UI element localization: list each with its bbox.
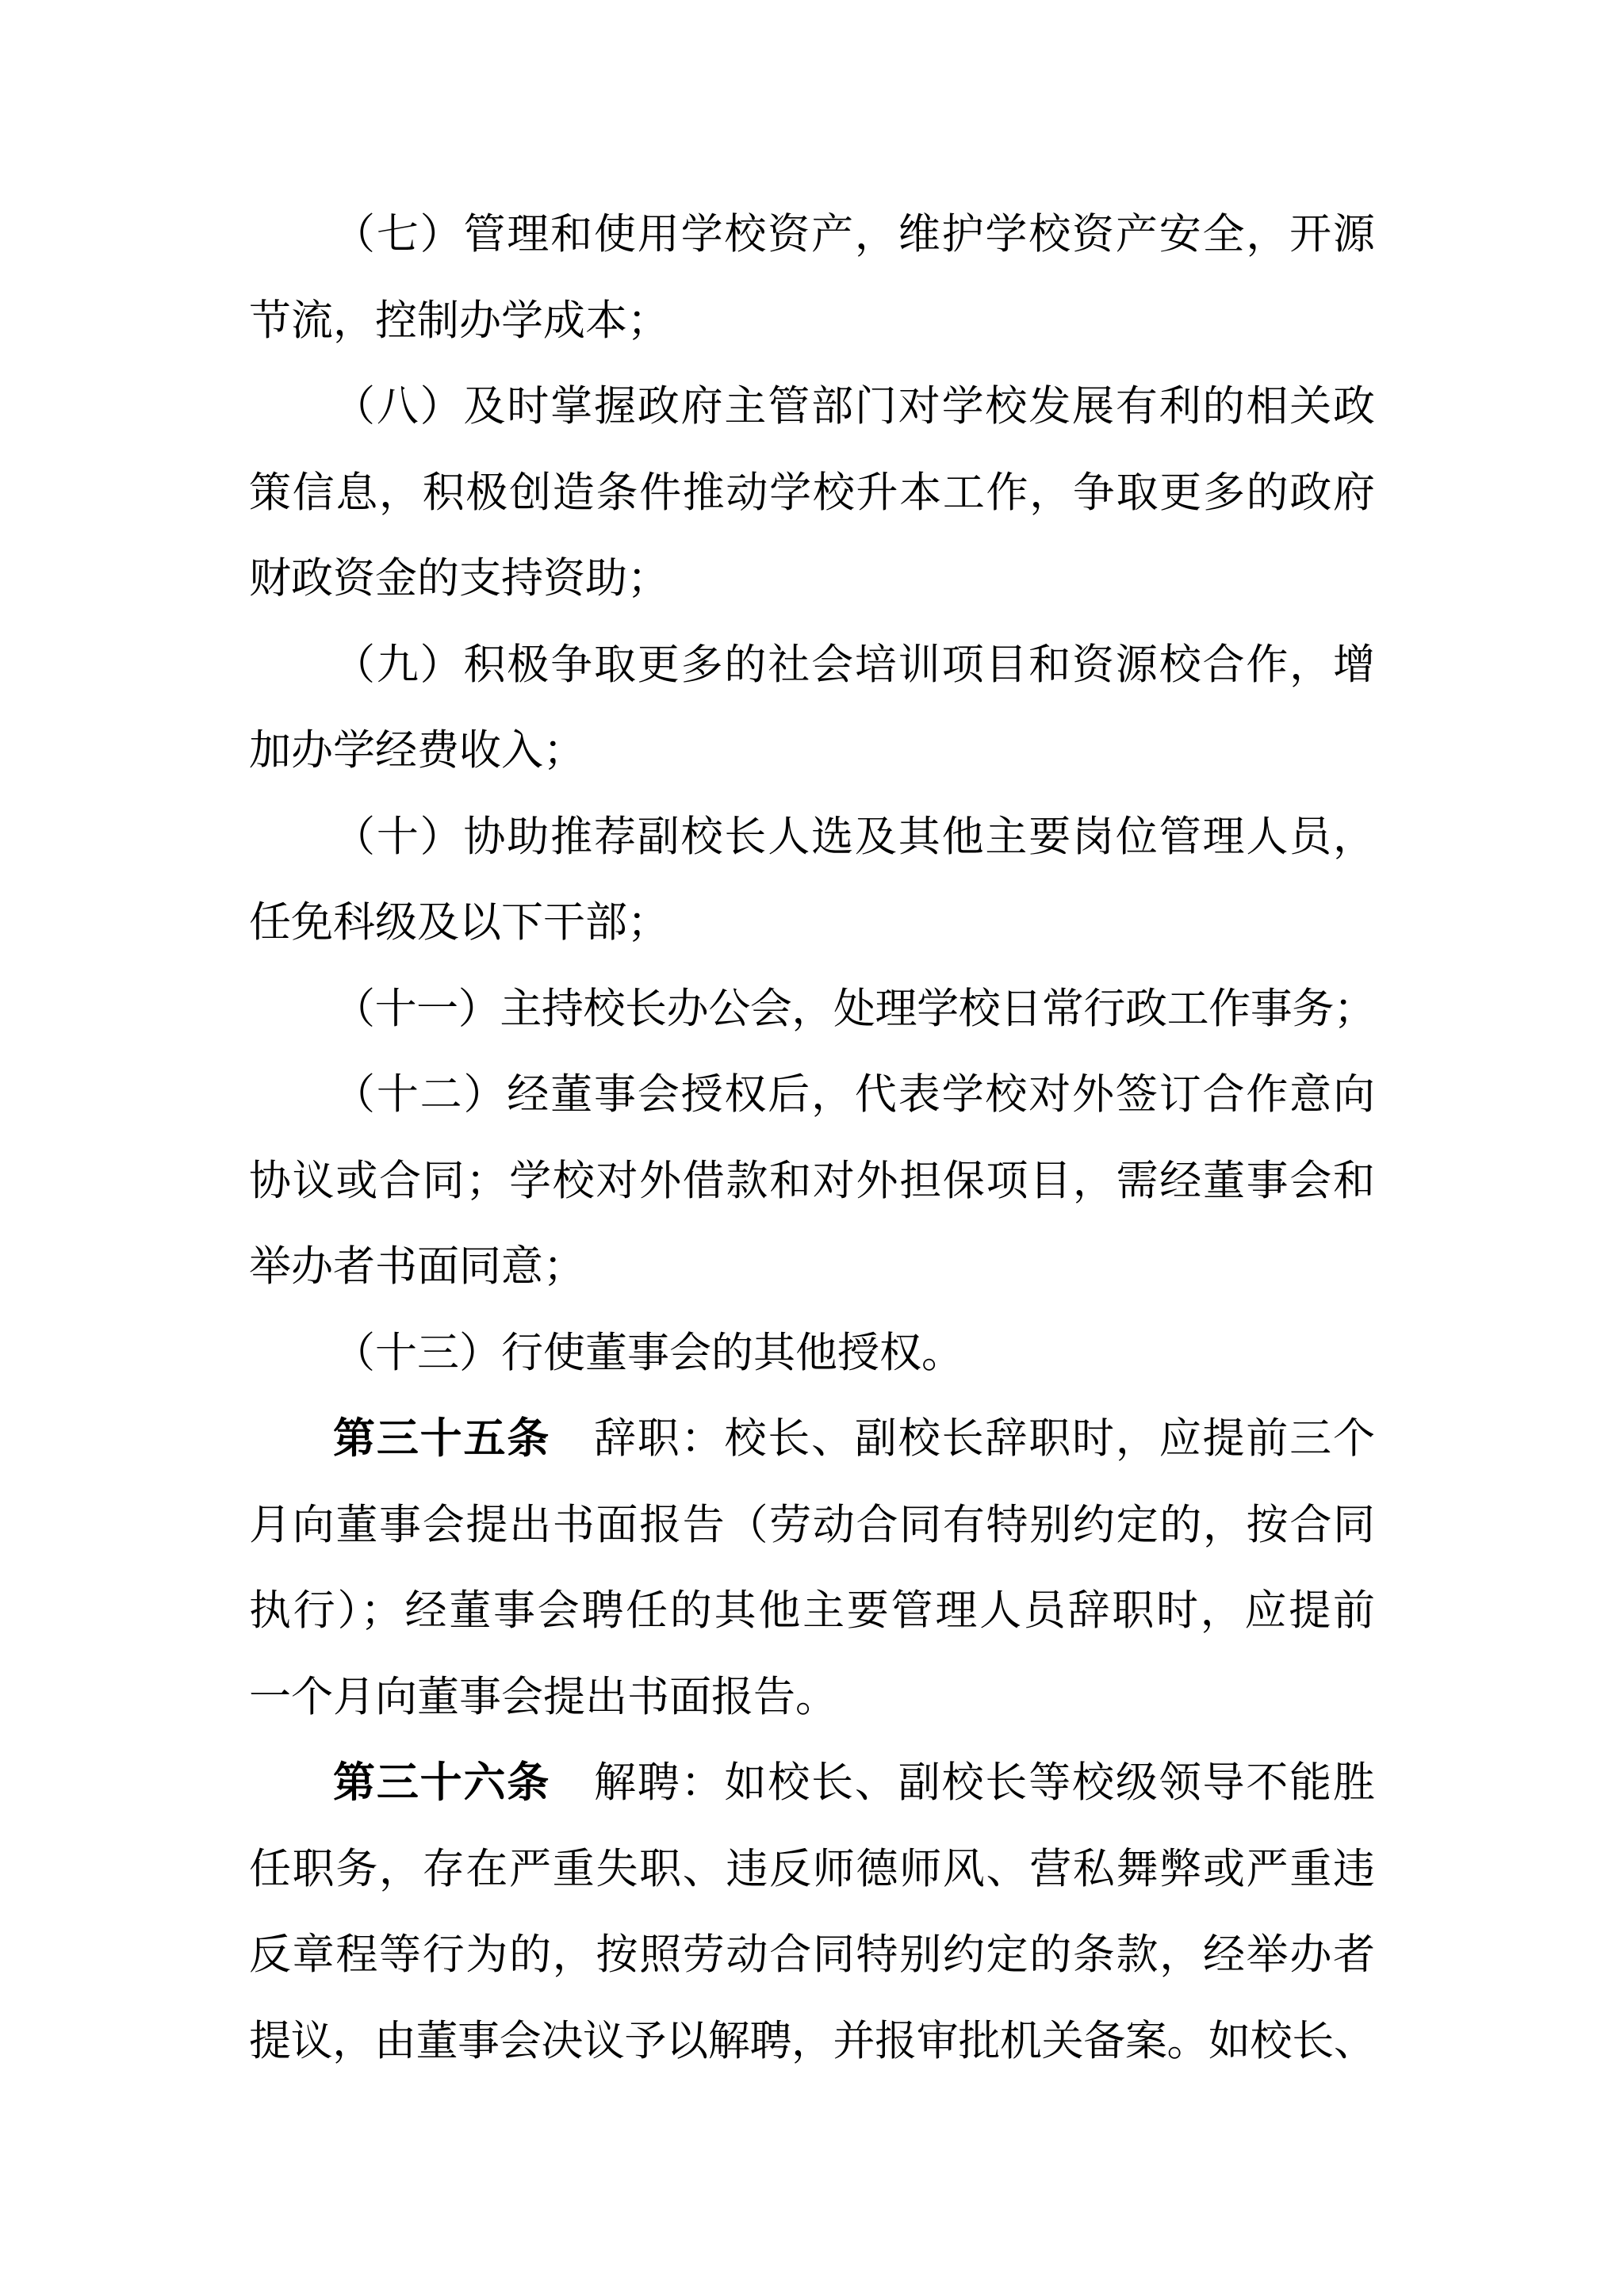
text-segment: 执行）；经董事会聘任的其他主要管理人员辞职时，应提前 [249,1588,1375,1634]
text-segment: （七）管理和使用学校资产，维护学校资产安全，开源 [333,212,1375,258]
text-line: 加办学经费收入； [249,708,1375,794]
paragraph: 第三十五条 辞职：校长、副校长辞职时，应提前三个月向董事会提出书面报告（劳动合同… [249,1396,1375,1740]
text-segment: 举办者书面同意； [249,1244,585,1290]
text-line: 任职务，存在严重失职、违反师德师风、营私舞弊或严重违 [249,1827,1375,1913]
text-segment: 加办学经费收入； [249,728,585,774]
text-segment: 协议或合同；学校对外借款和对外担保项目，需经董事会和 [249,1158,1375,1204]
text-segment: （十二）经董事会授权后，代表学校对外签订合作意向 [333,1072,1375,1118]
text-line: 协议或合同；学校对外借款和对外担保项目，需经董事会和 [249,1138,1375,1225]
text-line: 任免科级及以下干部； [249,880,1375,966]
text-line: 一个月向董事会提出书面报告。 [249,1655,1375,1741]
text-line: （九）积极争取更多的社会培训项目和资源校合作，增 [249,622,1375,709]
document-page: （七）管理和使用学校资产，维护学校资产安全，开源节流，控制办学成本；（八）及时掌… [0,0,1624,2296]
paragraph: （九）积极争取更多的社会培训项目和资源校合作，增加办学经费收入； [249,622,1375,794]
text-segment: （八）及时掌握政府主管部门对学校发展有利的相关政 [333,384,1375,430]
text-segment: 任免科级及以下干部； [249,900,669,946]
text-line: （十）协助推荐副校长人选及其他主要岗位管理人员， [249,794,1375,881]
text-line: （十二）经董事会授权后，代表学校对外签订合作意向 [249,1052,1375,1138]
text-segment: 月向董事会提出书面报告（劳动合同有特别约定的，按合同 [249,1502,1375,1548]
text-line: 反章程等行为的，按照劳动合同特别约定的条款，经举办者 [249,1912,1375,1999]
text-segment: 策信息，积极创造条件推动学校升本工作，争取更多的政府 [249,470,1375,516]
text-line: 第三十五条 辞职：校长、副校长辞职时，应提前三个 [249,1396,1375,1483]
text-segment: 一个月向董事会提出书面报告。 [249,1674,837,1720]
article-number: 第三十五条 [333,1416,550,1462]
document-body: （七）管理和使用学校资产，维护学校资产安全，开源节流，控制办学成本；（八）及时掌… [249,192,1375,2084]
text-segment: 提议，由董事会决议予以解聘，并报审批机关备案。如校长、 [249,2019,1375,2064]
paragraph: （七）管理和使用学校资产，维护学校资产安全，开源节流，控制办学成本； [249,192,1375,364]
text-line: （十一）主持校长办公会，处理学校日常行政工作事务； [249,966,1375,1053]
text-segment: 节流，控制办学成本； [249,298,669,344]
paragraph: （八）及时掌握政府主管部门对学校发展有利的相关政策信息，积极创造条件推动学校升本… [249,364,1375,622]
paragraph: （十）协助推荐副校长人选及其他主要岗位管理人员，任免科级及以下干部； [249,794,1375,966]
text-segment: （十）协助推荐副校长人选及其他主要岗位管理人员， [333,814,1375,860]
text-line: 提议，由董事会决议予以解聘，并报审批机关备案。如校长、 [249,1999,1375,2085]
text-line: （八）及时掌握政府主管部门对学校发展有利的相关政 [249,364,1375,450]
text-line: （十三）行使董事会的其他授权。 [249,1311,1375,1397]
text-segment: 财政资金的支持资助； [249,556,669,602]
text-line: 执行）；经董事会聘任的其他主要管理人员辞职时，应提前 [249,1568,1375,1655]
text-segment: 任职务，存在严重失职、违反师德师风、营私舞弊或严重违 [249,1846,1375,1892]
text-segment: （十三）行使董事会的其他授权。 [333,1330,963,1376]
text-line: 月向董事会提出书面报告（劳动合同有特别约定的，按合同 [249,1483,1375,1569]
text-segment: 反章程等行为的，按照劳动合同特别约定的条款，经举办者 [249,1932,1375,1978]
text-line: 策信息，积极创造条件推动学校升本工作，争取更多的政府 [249,450,1375,537]
paragraph: （十一）主持校长办公会，处理学校日常行政工作事务； [249,966,1375,1053]
text-line: 节流，控制办学成本； [249,278,1375,365]
text-line: 举办者书面同意； [249,1224,1375,1311]
paragraph: 第三十六条 解聘：如校长、副校长等校级领导不能胜任职务，存在严重失职、违反师德师… [249,1740,1375,2084]
article-number: 第三十六条 [333,1760,550,1806]
text-line: （七）管理和使用学校资产，维护学校资产安全，开源 [249,192,1375,278]
paragraph: （十二）经董事会授权后，代表学校对外签订合作意向协议或合同；学校对外借款和对外担… [249,1052,1375,1311]
text-segment: （九）积极争取更多的社会培训项目和资源校合作，增 [333,642,1375,688]
text-segment: （十一）主持校长办公会，处理学校日常行政工作事务； [333,986,1375,1032]
text-segment: 解聘：如校长、副校长等校级领导不能胜 [550,1760,1375,1806]
text-line: 第三十六条 解聘：如校长、副校长等校级领导不能胜 [249,1740,1375,1827]
text-line: 财政资金的支持资助； [249,536,1375,622]
text-segment: 辞职：校长、副校长辞职时，应提前三个 [550,1416,1375,1462]
paragraph: （十三）行使董事会的其他授权。 [249,1311,1375,1397]
